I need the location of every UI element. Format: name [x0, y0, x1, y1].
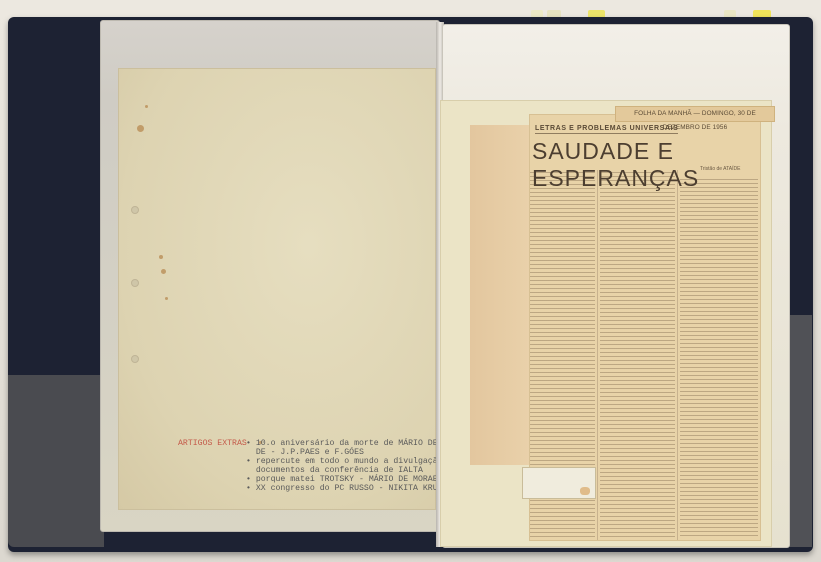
foxing-spot	[145, 105, 148, 108]
section-heading: ARTIGOS EXTRAS	[178, 439, 247, 448]
binder-pocket-left	[8, 375, 104, 547]
article-headline: SAUDADE E ESPERANÇAS	[532, 138, 821, 192]
column-divider	[677, 170, 678, 540]
foxing-spot	[161, 269, 166, 274]
article-list-item: • XX congresso do PC RUSSO - NIKITA KRUC…	[246, 484, 457, 493]
punch-hole	[131, 206, 139, 214]
foxing-spot	[165, 297, 168, 300]
punch-hole	[131, 355, 139, 363]
article-byline: Tristão de ATAÍDE	[700, 166, 740, 172]
article-list-item: DE - J.P.PAES e F.GÓES	[246, 448, 364, 457]
photo-scene: ARTIGOS EXTRAS • 10.o aniversário da mor…	[0, 0, 821, 562]
ink-bleed-shadow	[470, 125, 530, 465]
column-divider	[597, 170, 598, 540]
article-list-item: documentos da conferência de IALTA	[246, 466, 423, 475]
section-label: LETRAS E PROBLEMAS UNIVERSAIS	[535, 125, 678, 134]
foxing-spot	[137, 125, 144, 132]
stain	[580, 487, 590, 495]
foxing-spot	[159, 255, 163, 259]
article-list-item: • repercute em todo o mundo a divulgação…	[246, 457, 467, 466]
newspaper-masthead: FOLHA DA MANHÃ — DOMINGO, 30 DE DEZEMBRO…	[615, 106, 775, 122]
text-column	[600, 170, 675, 540]
binder-pocket-right	[788, 315, 812, 547]
text-column	[680, 177, 758, 537]
punch-hole	[131, 279, 139, 287]
article-list-item: • porque matei TROTSKY - MÁRIO DE MORAES	[246, 475, 443, 484]
